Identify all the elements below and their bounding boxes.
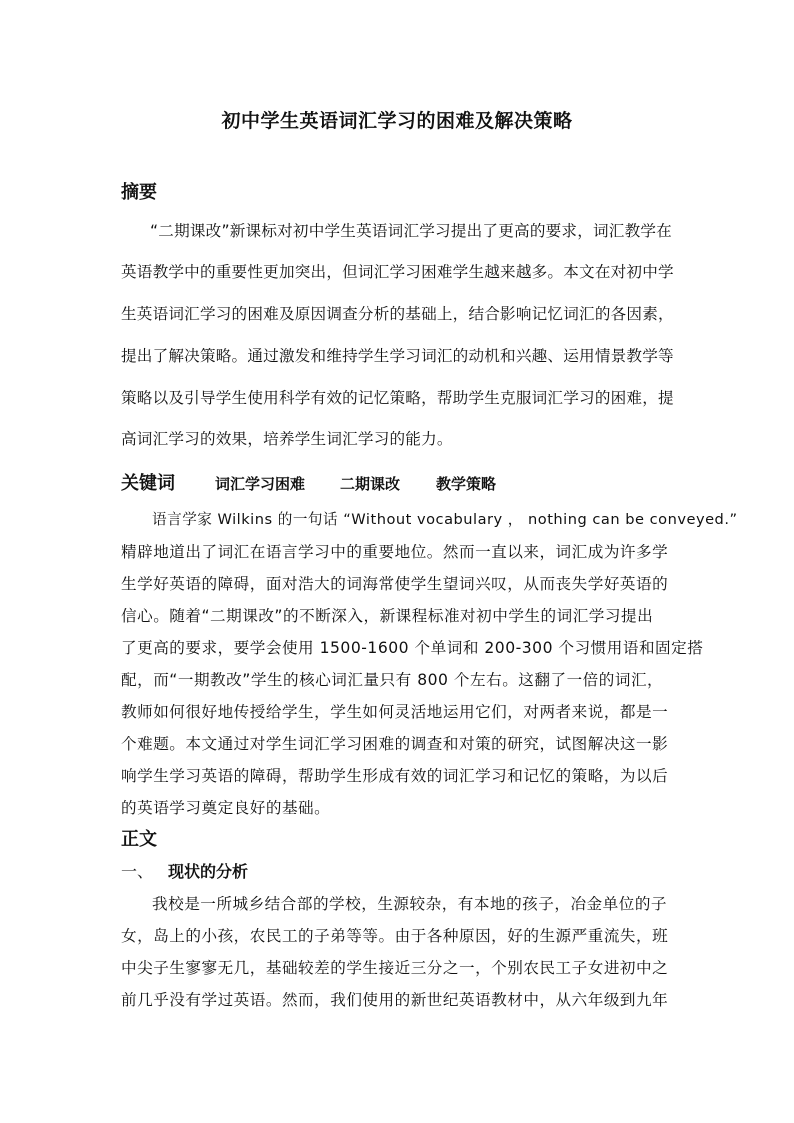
section-title: 现状的分析 <box>168 859 248 882</box>
keywords-heading: 关键词 <box>121 469 175 495</box>
abstract-line: 生英语词汇学习的困难及原因调查分析的基础上，结合影响记忆词汇的各因素， <box>121 302 674 324</box>
abstract-line: 英语教学中的重要性更加突出，但词汇学习困难学生越来越多。本文在对初中学 <box>121 260 674 282</box>
intro-line: 配，而“一期教改”学生的核心词汇量只有 800 个左右。这翻了一倍的词汇， <box>121 668 663 690</box>
abstract-heading: 摘要 <box>121 178 157 204</box>
intro-line: 响学生学习英语的障碍，帮助学生形成有效的词汇学习和记忆的策略，为以后 <box>121 764 668 786</box>
section-line: 女，岛上的小孩，农民工的子弟等等。由于各种原因，好的生源严重流失，班 <box>121 924 668 946</box>
section-line: 前几乎没有学过英语。然而，我们使用的新世纪英语教材中，从六年级到九年 <box>121 988 668 1010</box>
intro-line: 语言学家 Wilkins 的一句话 “Without vocabulary ， … <box>152 508 738 529</box>
intro-line: 精辟地道出了词汇在语言学习中的重要地位。然而一直以来，词汇成为许多学 <box>121 540 668 562</box>
intro-line: 教师如何很好地传授给学生，学生如何灵活地运用它们，对两者来说，都是一 <box>121 700 668 722</box>
intro-line: 生学好英语的障碍，面对浩大的词海常使学生望词兴叹，从而丧失学好英语的 <box>121 572 668 594</box>
abstract-line: 提出了解决策略。通过激发和维持学生学习词汇的动机和兴趣、运用情景教学等 <box>121 344 674 366</box>
intro-line: 了更高的要求，要学会使用 1500-1600 个单词和 200-300 个习惯用… <box>121 636 703 658</box>
keyword: 二期课改 <box>340 473 400 494</box>
page-title: 初中学生英语词汇学习的困难及解决策略 <box>0 106 794 133</box>
section-line: 中尖子生寥寥无几，基础较差的学生接近三分之一，个别农民工子女进初中之 <box>121 956 668 978</box>
abstract-line: 策略以及引导学生使用科学有效的记忆策略，帮助学生克服词汇学习的困难，提 <box>121 386 674 408</box>
section-line: 我校是一所城乡结合部的学校，生源较杂，有本地的孩子，冶金单位的子 <box>152 892 667 914</box>
abstract-line: “二期课改”新课标对初中学生英语词汇学习提出了更高的要求，词汇教学在 <box>150 219 672 241</box>
main-heading: 正文 <box>121 825 157 851</box>
intro-line: 的英语学习奠定良好的基础。 <box>121 796 330 818</box>
abstract-line: 高词汇学习的效果，培养学生词汇学习的能力。 <box>121 427 453 449</box>
intro-line: 个难题。本文通过对学生词汇学习困难的调查和对策的研究，试图解决这一影 <box>121 732 668 754</box>
keyword: 教学策略 <box>436 473 496 494</box>
intro-line: 信心。随着“二期课改”的不断深入，新课程标准对初中学生的词汇学习提出 <box>121 604 653 626</box>
section-number: 一、 <box>121 859 153 882</box>
keyword: 词汇学习困难 <box>215 473 305 494</box>
